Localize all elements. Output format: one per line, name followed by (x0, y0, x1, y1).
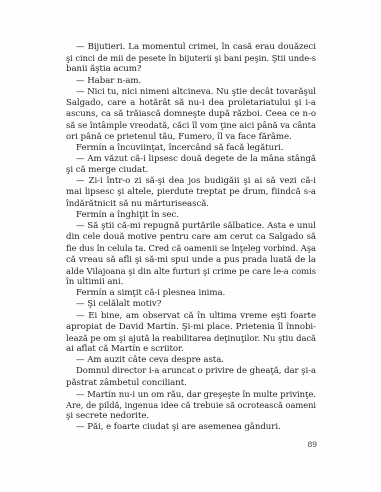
text-line: Domnul director i-a aruncat o privire de… (66, 366, 316, 377)
text-line: — Păi, e foarte ciudat şi are asemenea g… (66, 422, 316, 433)
text-line: — Am văzut că-i lipsesc două degete de l… (66, 154, 316, 165)
text-line: — Şi celălalt motiv? (66, 299, 316, 310)
text-line: că vreau să afli şi să-mi spui unde a pu… (66, 255, 316, 266)
text-line: alde Vilajoana şi din alte furturi şi cr… (66, 266, 316, 277)
text-line: şi secrete nedorite. (66, 411, 316, 422)
text-line: ai aflat că Martín e scriitor. (66, 344, 316, 355)
book-page: — Bijutieri. La momentul crimei, în casă… (0, 0, 381, 492)
text-line: — Ei bine, am observat că în ultima vrem… (66, 311, 316, 322)
text-line: păstrat zâmbetul conciliant. (66, 378, 316, 389)
text-line: îndărătnicit să nu mărturisească. (66, 199, 316, 210)
text-line: lează pe om şi ajută la reabilitarea deţ… (66, 333, 316, 344)
text-line: Fermín a simţit că-i plesnea inima. (66, 288, 316, 299)
text-line: din cele două motive pentru care am ceru… (66, 232, 316, 243)
text-line: Fermín a încuviinţat, încercând să facă … (66, 143, 316, 154)
text-line: — Am auzit câte ceva despre asta. (66, 355, 316, 366)
text-line: Fermín a înghiţit în sec. (66, 210, 316, 221)
text-line: ascuns, ca să trăiască domneşte după răz… (66, 109, 316, 120)
text-line: banii ăştia acum? (66, 64, 316, 75)
text-line: ori până ce prietenul tău, Fumero, îl va… (66, 132, 316, 143)
body-text: — Bijutieri. La momentul crimei, în casă… (66, 42, 316, 434)
text-line: în ultimii ani. (66, 277, 316, 288)
text-line: — Să ştii că-mi repugnă purtările sălbat… (66, 221, 316, 232)
text-line: şi că merge ciudat. (66, 165, 316, 176)
page-number: 89 (303, 440, 317, 450)
text-line: apropiat de David Martín. Şi-mi place. P… (66, 322, 316, 333)
text-line: — Zi-i într-o zi să-şi dea jos budigăii … (66, 176, 316, 187)
text-line: — Bijutieri. La momentul crimei, în casă… (66, 42, 316, 53)
text-line: fie dus în celula ta. Cred că oamenii se… (66, 243, 316, 254)
text-line: Are, de pildă, ingenua idee că trebuie s… (66, 400, 316, 411)
text-line: — Habar n-am. (66, 76, 316, 87)
text-line: să se întâmple vreodată, căci îl vom ţin… (66, 120, 316, 131)
text-line: — Martín nu-i un om rău, dar greşeşte în… (66, 389, 316, 400)
text-line: şi cinci de mii de pesete în bijuterii ş… (66, 53, 316, 64)
text-line: mai lipsesc şi altele, pierdute treptat … (66, 187, 316, 198)
text-line: Salgado, care a hotărât să nu-i dea prol… (66, 98, 316, 109)
text-line: — Nici tu, nici nimeni altcineva. Nu şti… (66, 87, 316, 98)
